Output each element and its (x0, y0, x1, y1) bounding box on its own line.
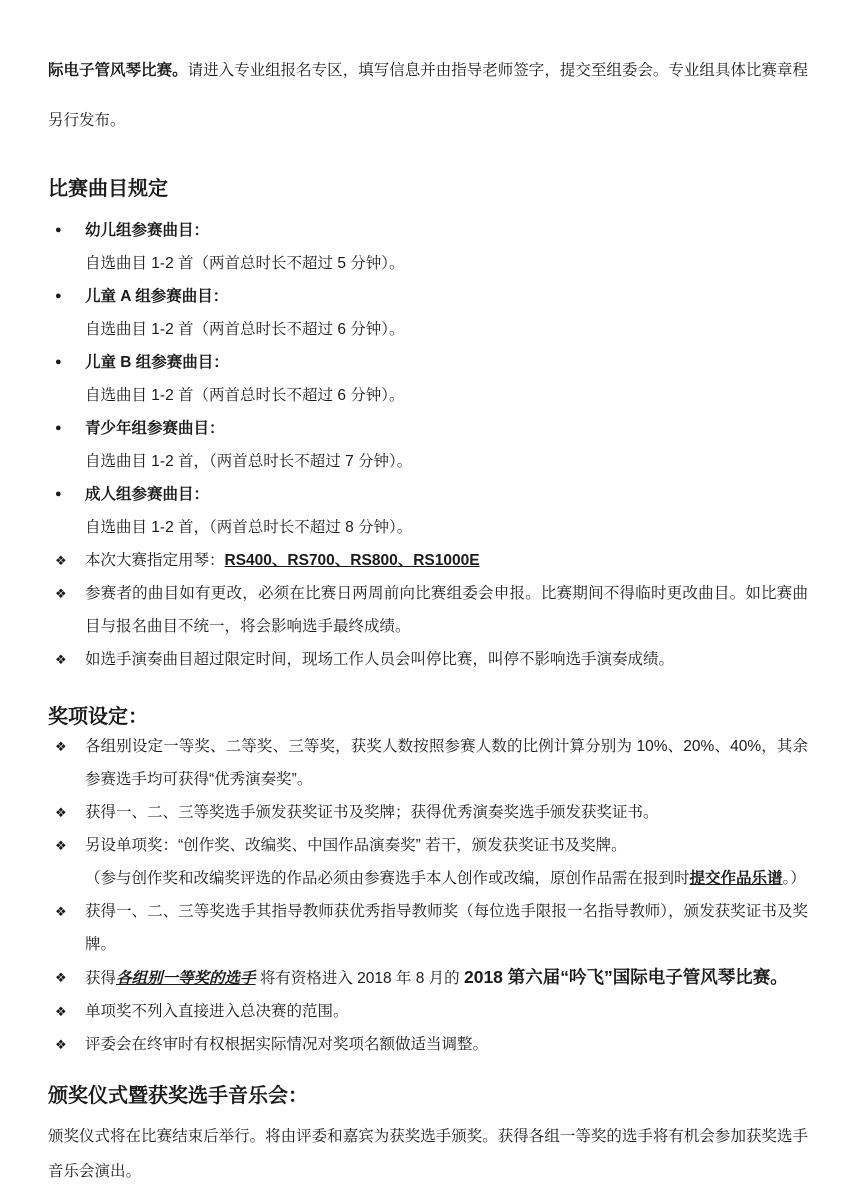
group-item-0-detail-row: 自选曲目 1-2 首（两首总时长不超过 5 分钟）。 (48, 247, 808, 280)
certificate-rule-text: 获得一、二、三等奖选手颁发获奖证书及奖牌；获得优秀演奏奖选手颁发获奖证书。 (85, 804, 659, 821)
dot-bullet-icon: ● (55, 478, 62, 511)
special-note-emphasis: 提交作品乐谱 (690, 870, 783, 887)
single-award-rule-text: 单项奖不列入直接进入总决赛的范围。 (85, 1003, 349, 1020)
group-item-0-title-row: ● 幼儿组参赛曲目： (48, 214, 808, 247)
group-item-2-detail: 自选曲目 1-2 首（两首总时长不超过 6 分钟）。 (85, 387, 405, 404)
dot-bullet-icon: ● (55, 214, 62, 247)
qualify-pre: 获得 (85, 970, 116, 987)
special-note-post: 。） (783, 870, 806, 887)
dot-bullet-icon: ● (55, 280, 62, 313)
group-item-4-detail: 自选曲目 1-2 首，（两首总时长不超过 8 分钟）。 (85, 519, 412, 536)
group-item-3-title: 青少年组参赛曲目： (85, 420, 225, 437)
qualify-mid: 将有资格进入 2018 年 8 月的 (256, 970, 464, 987)
repertoire-heading: 比赛曲目规定 (48, 176, 808, 202)
diamond-bullet-icon: ❖ (55, 1028, 67, 1061)
qualify-rule-row: ❖ 获得各组别一等奖的选手 将有资格进入 2018 年 8 月的 2018 第六… (48, 961, 808, 995)
group-item-0-title: 幼儿组参赛曲目： (85, 222, 209, 239)
group-item-1-title: 儿童 A 组参赛曲目： (85, 288, 228, 305)
qualify-emphasis: 各组别一等奖的选手 (116, 970, 256, 987)
adjust-rule-row: ❖ 评委会在终审时有权根据实际情况对奖项名额做适当调整。 (48, 1028, 808, 1061)
ratio-rule-text: 各组别设定一等奖、二等奖、三等奖，获奖人数按照参赛人数的比例计算分别为 10%、… (85, 738, 808, 788)
group-item-2-title-row: ● 儿童 B 组参赛曲目： (48, 346, 808, 379)
qualify-competition-name: 2018 第六届“吟飞”国际电子管风琴比赛。 (464, 967, 788, 987)
group-item-3-title-row: ● 青少年组参赛曲目： (48, 412, 808, 445)
group-item-4-detail-row: 自选曲目 1-2 首，（两首总时长不超过 8 分钟）。 (48, 511, 808, 544)
dot-bullet-icon: ● (55, 412, 62, 445)
instrument-rule-label: 本次大赛指定用琴： (85, 552, 225, 569)
overtime-rule-text: 如选手演奏曲目超过限定时间，现场工作人员会叫停比赛，叫停不影响选手演奏成绩。 (85, 651, 674, 668)
diamond-bullet-icon: ❖ (55, 829, 67, 862)
instrument-rule-models: RS400、RS700、RS800、RS1000E (225, 552, 480, 569)
group-item-1-title-row: ● 儿童 A 组参赛曲目： (48, 280, 808, 313)
diamond-bullet-icon: ❖ (55, 796, 67, 829)
special-note-pre: （参与创作奖和改编奖评选的作品必须由参赛选手本人创作或改编，原创作品需在报到时 (85, 870, 690, 887)
diamond-bullet-icon: ❖ (55, 730, 67, 763)
ceremony-paragraph: 颁奖仪式将在比赛结束后举行。将由评委和嘉宾为获奖选手颁奖。获得各组一等奖的选手将… (48, 1119, 808, 1189)
change-rule-text: 参赛者的曲目如有更改，必须在比赛日两周前向比赛组委会申报。比赛期间不得临时更改曲… (85, 585, 808, 635)
instrument-rule-row: ❖ 本次大赛指定用琴：RS400、RS700、RS800、RS1000E (48, 544, 808, 577)
intro-bold-lead: 际电子管风琴比赛。 (48, 62, 188, 79)
group-item-3-detail-row: 自选曲目 1-2 首，（两首总时长不超过 7 分钟）。 (48, 445, 808, 478)
group-item-0-detail: 自选曲目 1-2 首（两首总时长不超过 5 分钟）。 (85, 255, 405, 272)
repertoire-group-list: ● 幼儿组参赛曲目： 自选曲目 1-2 首（两首总时长不超过 5 分钟）。 ● … (48, 214, 808, 676)
awards-heading: 奖项设定： (48, 704, 808, 730)
ceremony-heading: 颁奖仪式暨获奖选手音乐会： (48, 1083, 808, 1109)
awards-rule-list: ❖ 各组别设定一等奖、二等奖、三等奖，获奖人数按照参赛人数的比例计算分别为 10… (48, 730, 808, 1061)
single-award-rule-row: ❖ 单项奖不列入直接进入总决赛的范围。 (48, 995, 808, 1028)
diamond-bullet-icon: ❖ (55, 577, 67, 610)
special-award-note-row: （参与创作奖和改编奖评选的作品必须由参赛选手本人创作或改编，原创作品需在报到时提… (48, 862, 808, 895)
group-item-4-title-row: ● 成人组参赛曲目： (48, 478, 808, 511)
teacher-rule-row: ❖ 获得一、二、三等奖选手其指导教师获优秀指导教师奖（每位选手限报一名指导教师）… (48, 895, 808, 961)
diamond-bullet-icon: ❖ (55, 961, 67, 994)
change-rule-row: ❖ 参赛者的曲目如有更改，必须在比赛日两周前向比赛组委会申报。比赛期间不得临时更… (48, 577, 808, 643)
ratio-rule-row: ❖ 各组别设定一等奖、二等奖、三等奖，获奖人数按照参赛人数的比例计算分别为 10… (48, 730, 808, 796)
document-page: 际电子管风琴比赛。请进入专业组报名专区，填写信息并由指导老师签字，提交至组委会。… (0, 0, 848, 1200)
group-item-2-title: 儿童 B 组参赛曲目： (85, 354, 229, 371)
group-item-4-title: 成人组参赛曲目： (85, 486, 209, 503)
group-item-1-detail-row: 自选曲目 1-2 首（两首总时长不超过 6 分钟）。 (48, 313, 808, 346)
diamond-bullet-icon: ❖ (55, 995, 67, 1028)
dot-bullet-icon: ● (55, 346, 62, 379)
group-item-1-detail: 自选曲目 1-2 首（两首总时长不超过 6 分钟）。 (85, 321, 405, 338)
overtime-rule-row: ❖ 如选手演奏曲目超过限定时间，现场工作人员会叫停比赛，叫停不影响选手演奏成绩。 (48, 643, 808, 676)
intro-paragraph: 际电子管风琴比赛。请进入专业组报名专区，填写信息并由指导老师签字，提交至组委会。… (48, 46, 808, 146)
diamond-bullet-icon: ❖ (55, 643, 67, 676)
adjust-rule-text: 评委会在终审时有权根据实际情况对奖项名额做适当调整。 (85, 1036, 488, 1053)
special-award-rule-text: 另设单项奖：“创作奖、改编奖、中国作品演奏奖” 若干，颁发获奖证书及奖牌。 (85, 837, 627, 854)
certificate-rule-row: ❖ 获得一、二、三等奖选手颁发获奖证书及奖牌；获得优秀演奏奖选手颁发获奖证书。 (48, 796, 808, 829)
special-award-rule-row: ❖ 另设单项奖：“创作奖、改编奖、中国作品演奏奖” 若干，颁发获奖证书及奖牌。 (48, 829, 808, 862)
group-item-2-detail-row: 自选曲目 1-2 首（两首总时长不超过 6 分钟）。 (48, 379, 808, 412)
diamond-bullet-icon: ❖ (55, 895, 67, 928)
teacher-rule-text: 获得一、二、三等奖选手其指导教师获优秀指导教师奖（每位选手限报一名指导教师），颁… (85, 903, 808, 953)
diamond-bullet-icon: ❖ (55, 544, 67, 577)
group-item-3-detail: 自选曲目 1-2 首，（两首总时长不超过 7 分钟）。 (85, 453, 412, 470)
